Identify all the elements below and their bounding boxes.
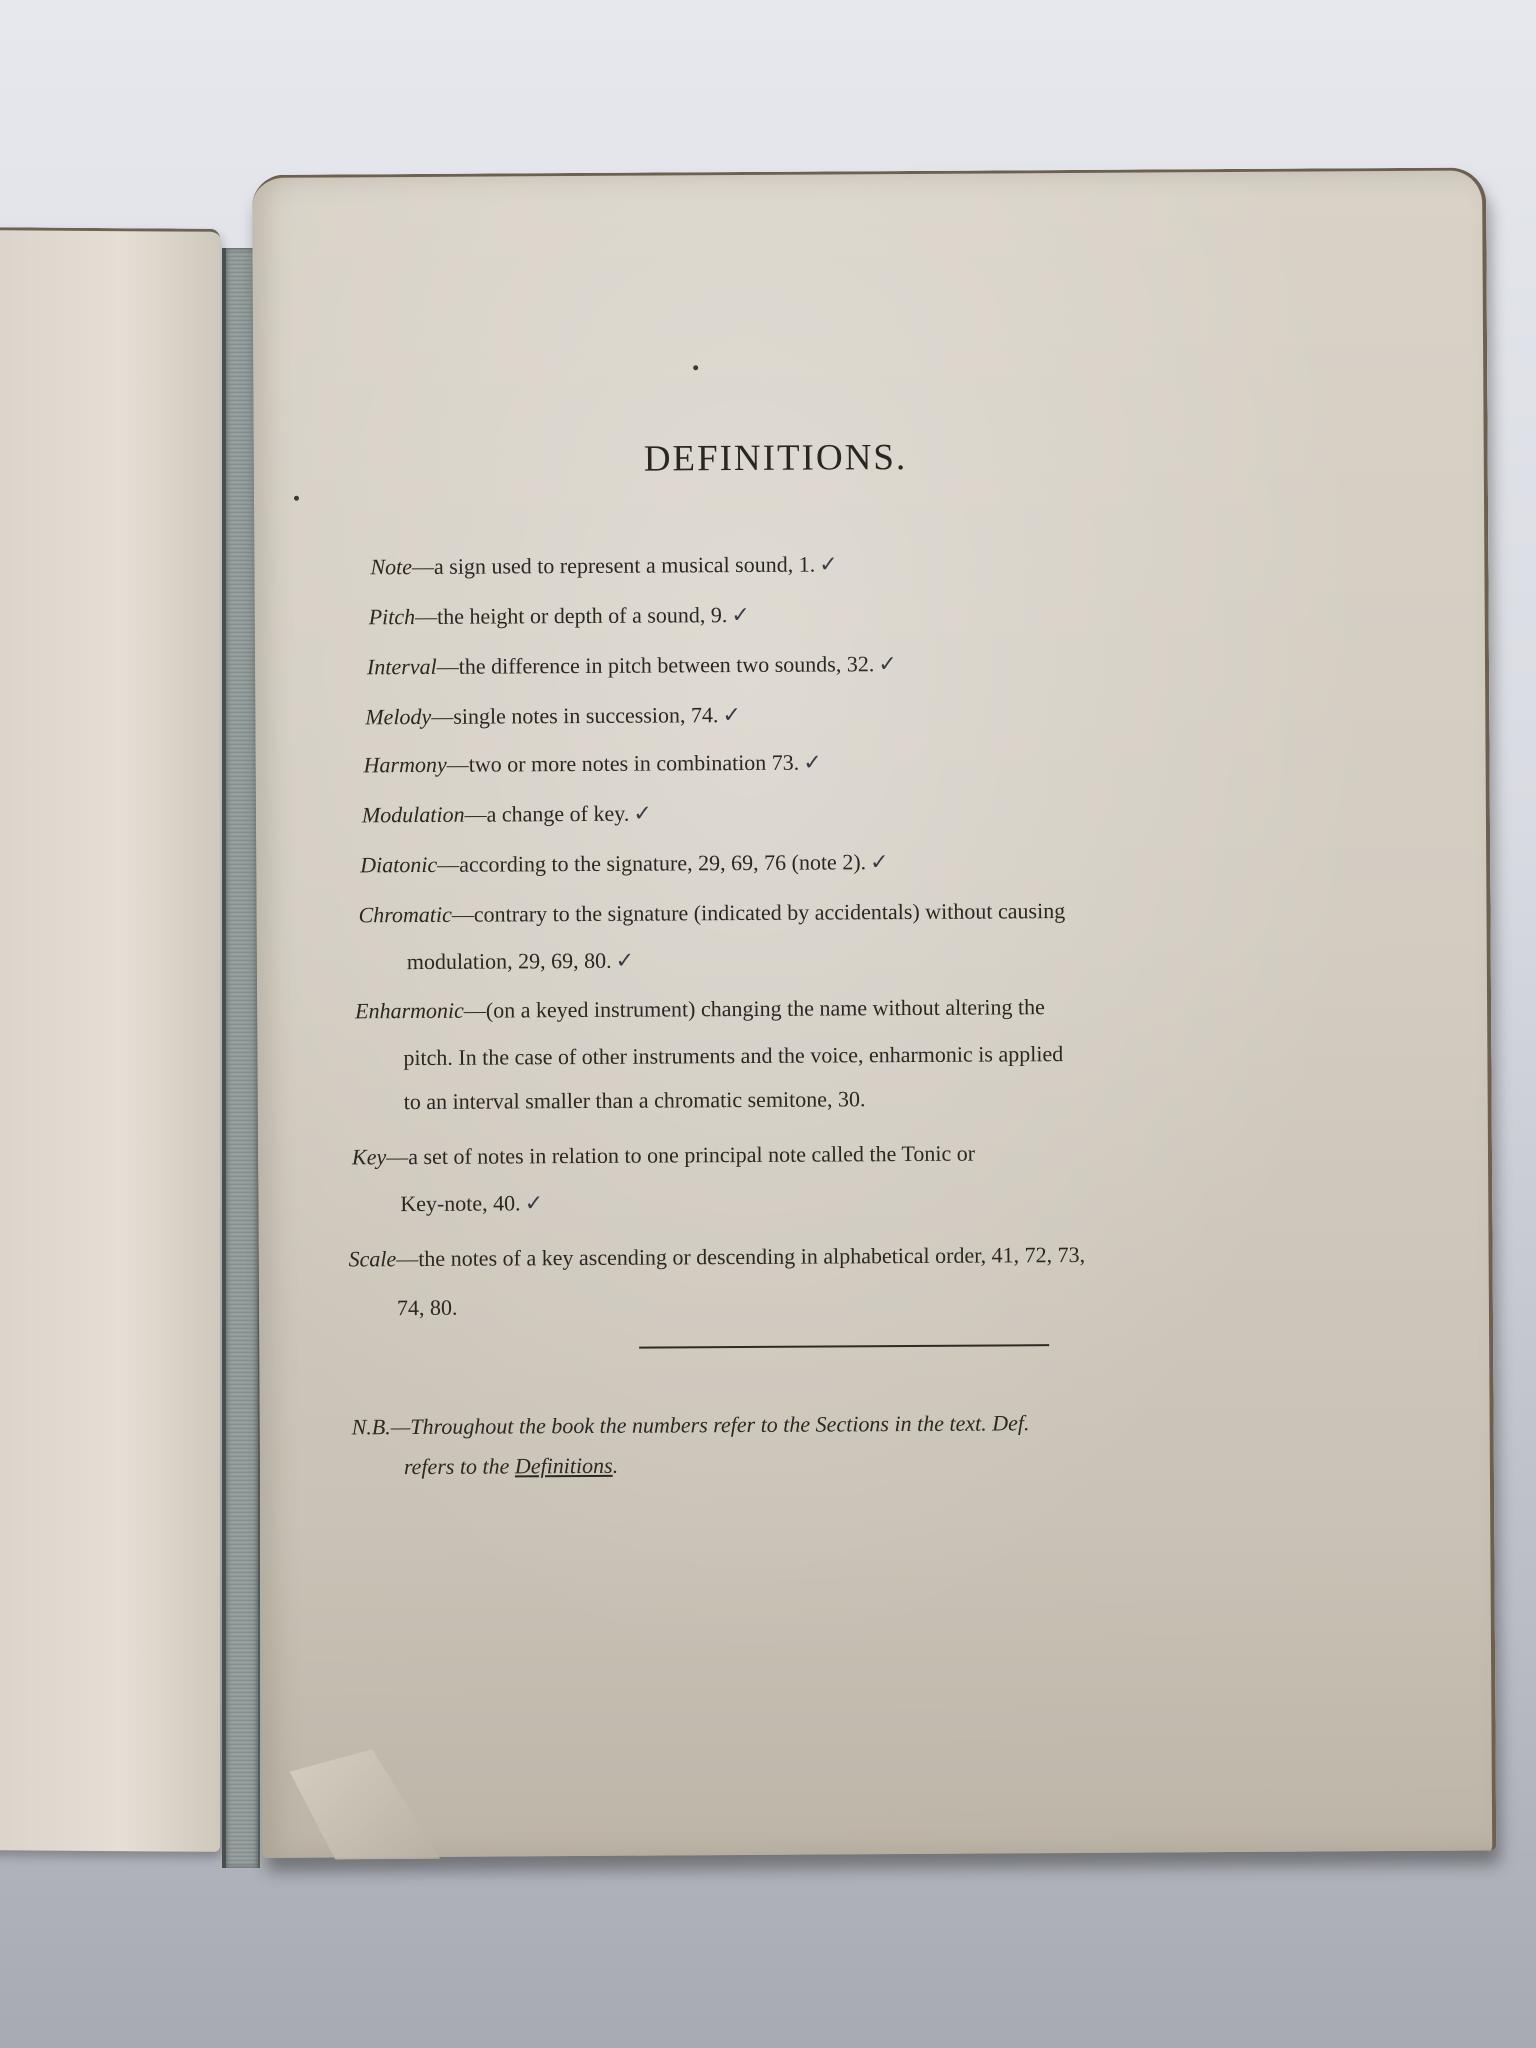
page-content: DEFINITIONS. Note—a sign used to represe… [252, 170, 1492, 1857]
definition-text: —the height or depth of a sound, 9. [415, 602, 727, 629]
left-page-cover [0, 227, 220, 1852]
definition-pitch: Pitch—the height or depth of a sound, 9.… [369, 593, 750, 640]
definition-continuation: Key-note, 40.✓ [400, 1190, 543, 1217]
check-mark-icon: ✓ [803, 751, 822, 776]
definition-term: Scale [349, 1246, 397, 1271]
continuation-text: Key-note, 40. [400, 1190, 521, 1216]
check-mark-icon: ✓ [731, 603, 750, 628]
horizontal-rule [639, 1344, 1049, 1349]
definition-modulation: Modulation—a change of key.✓ [362, 792, 652, 839]
definition-continuation: 74, 80. [397, 1295, 458, 1321]
definition-text: —a change of key. [465, 801, 630, 827]
page-title: DEFINITIONS. [644, 436, 908, 481]
nb-text: refers to the [404, 1453, 515, 1479]
definition-enharmonic: Enharmonic—(on a keyed instrument) chang… [355, 985, 1045, 1033]
check-mark-icon: ✓ [819, 552, 838, 577]
definition-harmony: Harmony—two or more notes in combination… [363, 741, 821, 789]
definition-term: Note [370, 554, 412, 579]
nb-text: . [613, 1453, 619, 1478]
nb-line-2: refers to the Definitions. [352, 1443, 1030, 1487]
definition-text: —according to the signature, 29, 69, 76 … [437, 849, 866, 877]
definition-key: Key—a set of notes in relation to one pr… [352, 1132, 975, 1180]
definition-text: —the difference in pitch between two sou… [437, 651, 875, 679]
definition-term: Chromatic [358, 902, 451, 928]
check-mark-icon: ✓ [870, 850, 889, 875]
definition-term: Melody [365, 704, 431, 729]
nb-line-1: N.B.—Throughout the book the numbers ref… [352, 1410, 1030, 1439]
ink-speck [294, 496, 299, 501]
definition-text: —a sign used to represent a musical soun… [412, 552, 815, 579]
definition-term: Diatonic [360, 852, 437, 877]
definition-continuation: modulation, 29, 69, 80.✓ [407, 948, 634, 975]
definition-note: Note—a sign used to represent a musical … [370, 542, 838, 590]
definition-melody: Melody—single notes in succession, 74.✓ [365, 693, 741, 740]
definition-continuation: pitch. In the case of other instruments … [403, 1041, 1063, 1071]
definition-term: Pitch [369, 604, 416, 629]
check-mark-icon: ✓ [633, 802, 652, 827]
definition-scale: Scale—the notes of a key ascending or de… [348, 1233, 1085, 1281]
nb-footnote: N.B.—Throughout the book the numbers ref… [352, 1403, 1030, 1487]
definitions-page: DEFINITIONS. Note—a sign used to represe… [252, 167, 1496, 1858]
definition-text: —a set of notes in relation to one princ… [386, 1141, 975, 1170]
continuation-text: pitch. In the case of other instruments … [403, 1041, 1063, 1070]
definition-text: —the notes of a key ascending or descend… [396, 1242, 1085, 1271]
check-mark-icon: ✓ [525, 1191, 544, 1216]
definition-term: Harmony [364, 752, 447, 778]
ink-speck [693, 365, 698, 370]
definition-text: —contrary to the signature (indicated by… [452, 898, 1066, 927]
check-mark-icon: ✓ [878, 652, 897, 677]
folded-corner [290, 1749, 441, 1860]
continuation-text: modulation, 29, 69, 80. [407, 948, 612, 974]
definition-term: Key [352, 1144, 386, 1169]
continuation-text: 74, 80. [397, 1295, 458, 1320]
definition-chromatic: Chromatic—contrary to the signature (ind… [358, 889, 1065, 937]
definition-term: Interval [367, 654, 437, 679]
definition-text: —(on a keyed instrument) changing the na… [464, 994, 1045, 1023]
definition-interval: Interval—the difference in pitch between… [367, 642, 897, 690]
definition-diatonic: Diatonic—according to the signature, 29,… [360, 840, 889, 888]
definitions-reference: Definitions [515, 1453, 613, 1479]
continuation-text: to an interval smaller than a chromatic … [404, 1086, 866, 1114]
definition-term: Modulation [362, 802, 465, 828]
definition-text: —single notes in succession, 74. [431, 702, 718, 729]
check-mark-icon: ✓ [615, 949, 634, 974]
definition-text: —two or more notes in combination 73. [447, 750, 800, 777]
check-mark-icon: ✓ [722, 703, 741, 728]
definition-term: Enharmonic [355, 998, 464, 1024]
definition-continuation: to an interval smaller than a chromatic … [404, 1086, 866, 1115]
